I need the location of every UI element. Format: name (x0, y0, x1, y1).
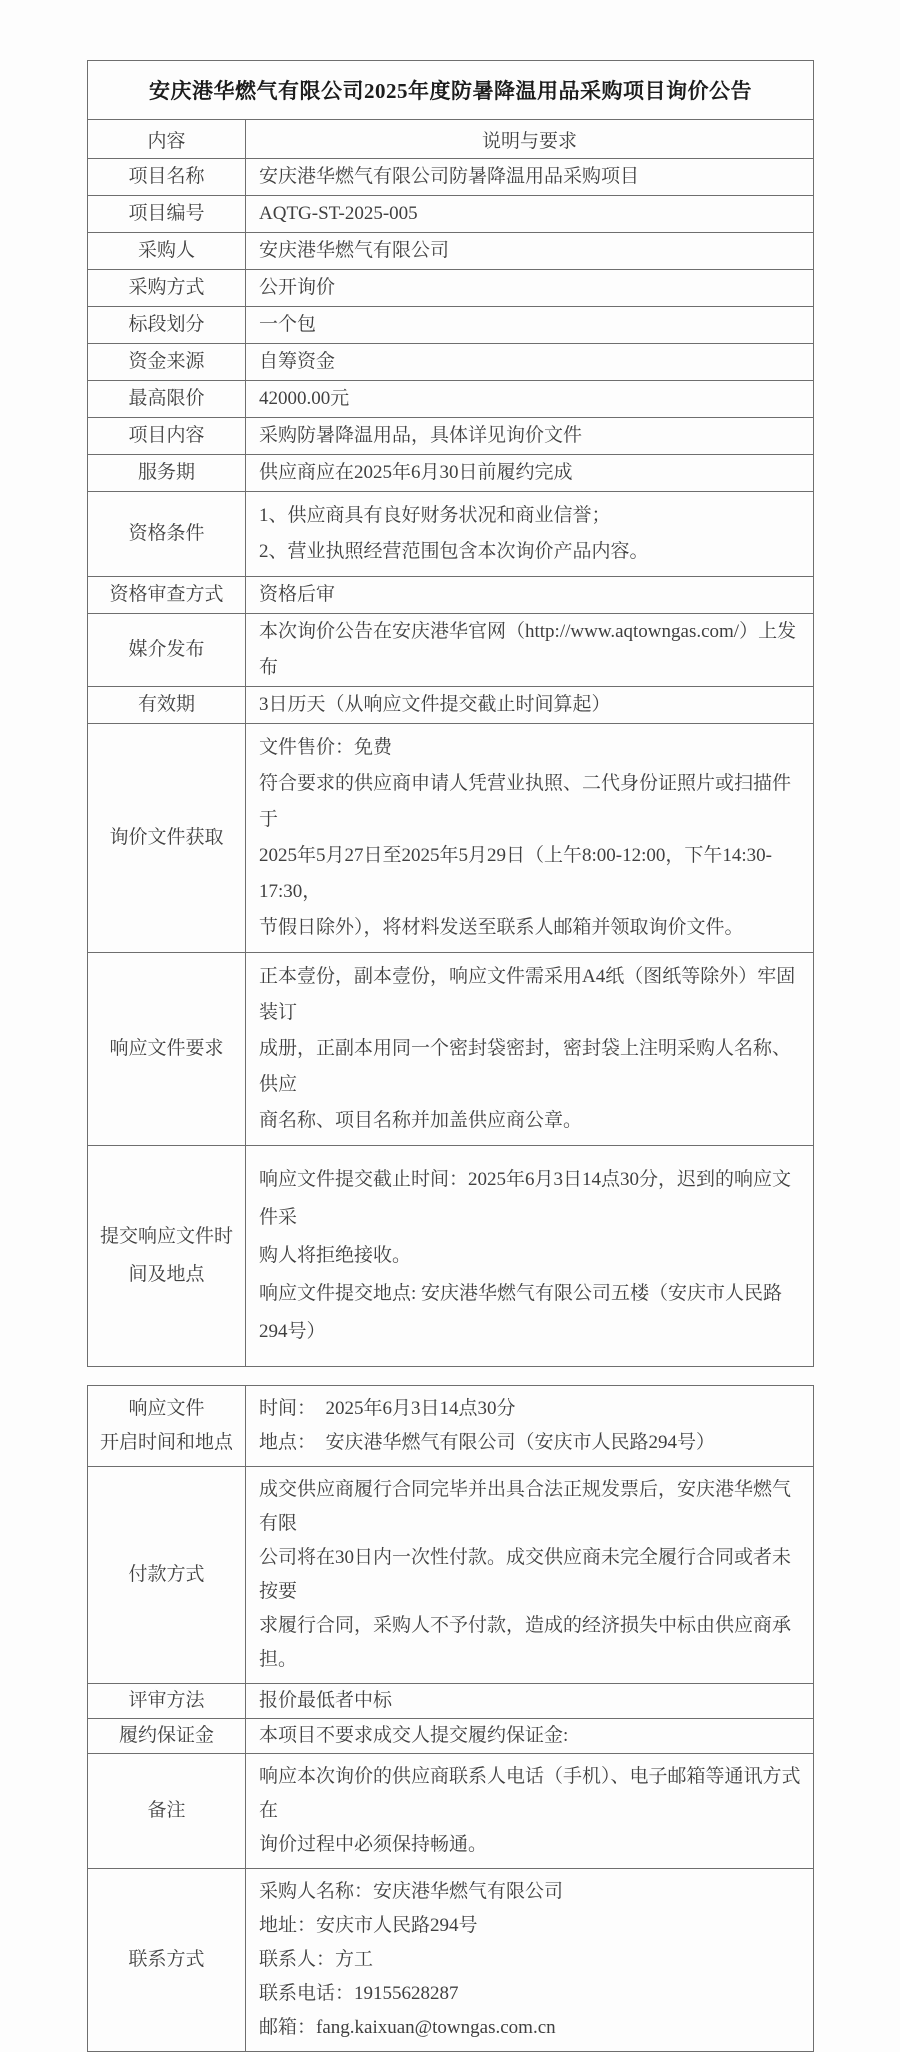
label-line: 询价文件获取 (90, 820, 243, 856)
table-row: 资格条件1、供应商具有良好财务状况和商业信誉；2、营业执照经营范围包含本次询价产… (88, 492, 814, 577)
label-line: 开启时间和地点 (90, 1426, 243, 1460)
label-line: 资格条件 (90, 516, 243, 552)
value-line: 正本壹份，副本壹份，响应文件需采用A4纸（图纸等除外）牢固装订 (259, 959, 805, 1031)
row-value: 正本壹份，副本壹份，响应文件需采用A4纸（图纸等除外）牢固装订成册，正副本用同一… (246, 953, 814, 1146)
row-label: 项目名称 (88, 159, 246, 196)
row-label: 资格审查方式 (88, 577, 246, 614)
row-label: 响应文件要求 (88, 953, 246, 1146)
value-line: 成册，正副本用同一个密封袋密封，密封袋上注明采购人名称、供应 (259, 1031, 805, 1103)
value-line: 一个包 (259, 307, 805, 343)
value-line: 响应文件提交地点: 安庆港华燃气有限公司五楼（安庆市人民路294号） (259, 1275, 805, 1351)
value-line: 安庆港华燃气有限公司防暑降温用品采购项目 (259, 159, 805, 195)
row-value: 42000.00元 (246, 381, 814, 418)
row-label: 服务期 (88, 455, 246, 492)
page-title: 安庆港华燃气有限公司2025年度防暑降温用品采购项目询价公告 (88, 61, 814, 120)
label-line: 联系方式 (90, 1943, 243, 1977)
value-line: 文件售价：免费 (259, 730, 805, 766)
value-line: 2025年5月27日至2025年5月29日（上午8:00-12:00，下午14:… (259, 838, 805, 910)
label-line: 响应文件 (90, 1392, 243, 1426)
row-value: 成交供应商履行合同完毕并出具合法正规发票后，安庆港华燃气有限公司将在30日内一次… (246, 1467, 814, 1684)
value-line: 报价最低者中标 (259, 1684, 805, 1718)
value-line: 42000.00元 (259, 381, 805, 417)
table-row: 最高限价42000.00元 (88, 381, 814, 418)
label-line: 履约保证金 (90, 1719, 243, 1753)
value-line: 成交供应商履行合同完毕并出具合法正规发票后，安庆港华燃气有限 (259, 1473, 805, 1541)
label-line: 间及地点 (90, 1256, 243, 1294)
row-label: 最高限价 (88, 381, 246, 418)
value-line: 时间： 2025年6月3日14点30分 (259, 1392, 805, 1426)
value-line: 采购人名称：安庆港华燃气有限公司 (259, 1875, 805, 1909)
row-value: 1、供应商具有良好财务状况和商业信誉；2、营业执照经营范围包含本次询价产品内容。 (246, 492, 814, 577)
value-line: 节假日除外），将材料发送至联系人邮箱并领取询价文件。 (259, 910, 805, 946)
table-row: 项目名称安庆港华燃气有限公司防暑降温用品采购项目 (88, 159, 814, 196)
label-line: 付款方式 (90, 1558, 243, 1592)
row-value: 安庆港华燃气有限公司防暑降温用品采购项目 (246, 159, 814, 196)
announcement-secondary-table: 响应文件开启时间和地点时间： 2025年6月3日14点30分地点： 安庆港华燃气… (87, 1385, 814, 2052)
value-line: 本次询价公告在安庆港华官网（http://www.aqtowngas.com/）… (259, 614, 805, 686)
value-line: 地址：安庆市人民路294号 (259, 1909, 805, 1943)
table-row: 采购人安庆港华燃气有限公司 (88, 233, 814, 270)
value-line: 联系人：方工 (259, 1943, 805, 1977)
row-value: 供应商应在2025年6月30日前履约完成 (246, 455, 814, 492)
value-line: 公司将在30日内一次性付款。成交供应商未完全履行合同或者未按要 (259, 1541, 805, 1609)
row-label: 评审方法 (88, 1684, 246, 1719)
column-header-row: 内容说明与要求 (88, 120, 814, 159)
label-line: 项目名称 (90, 159, 243, 195)
document-background: { "colors": { "page_background": "#fdfdf… (0, 0, 900, 1668)
value-line: 资格后审 (259, 577, 805, 613)
value-line: 商名称、项目名称并加盖供应商公章。 (259, 1103, 805, 1139)
document-page: 安庆港华燃气有限公司2025年度防暑降温用品采购项目询价公告内容说明与要求项目名… (0, 0, 900, 2052)
table-row: 联系方式采购人名称：安庆港华燃气有限公司地址：安庆市人民路294号联系人：方工联… (88, 1869, 814, 2052)
table-row: 评审方法报价最低者中标 (88, 1684, 814, 1719)
row-label: 付款方式 (88, 1467, 246, 1684)
value-line: 符合要求的供应商申请人凭营业执照、二代身份证照片或扫描件于 (259, 766, 805, 838)
value-line: 2、营业执照经营范围包含本次询价产品内容。 (259, 534, 805, 570)
row-value: 本项目不要求成交人提交履约保证金: (246, 1719, 814, 1754)
label-line: 评审方法 (90, 1684, 243, 1718)
value-line: 求履行合同，采购人不予付款，造成的经济损失中标由供应商承担。 (259, 1609, 805, 1677)
value-line: 购人将拒绝接收。 (259, 1237, 805, 1275)
label-line: 备注 (90, 1794, 243, 1828)
table-row: 项目编号AQTG-ST-2025-005 (88, 196, 814, 233)
row-label: 资格条件 (88, 492, 246, 577)
title-row: 安庆港华燃气有限公司2025年度防暑降温用品采购项目询价公告 (88, 61, 814, 120)
table-row: 服务期供应商应在2025年6月30日前履约完成 (88, 455, 814, 492)
value-line: 采购防暑降温用品，具体详见询价文件 (259, 418, 805, 454)
table-row: 付款方式成交供应商履行合同完毕并出具合法正规发票后，安庆港华燃气有限公司将在30… (88, 1467, 814, 1684)
value-line: 响应文件提交截止时间：2025年6月3日14点30分，迟到的响应文件采 (259, 1161, 805, 1237)
table-row: 标段划分一个包 (88, 307, 814, 344)
announcement-main-table: 安庆港华燃气有限公司2025年度防暑降温用品采购项目询价公告内容说明与要求项目名… (87, 60, 814, 1367)
table-row: 采购方式公开询价 (88, 270, 814, 307)
table-row: 资金来源自筹资金 (88, 344, 814, 381)
value-line: 自筹资金 (259, 344, 805, 380)
row-value: 一个包 (246, 307, 814, 344)
row-label: 提交响应文件时间及地点 (88, 1146, 246, 1367)
label-line: 有效期 (90, 687, 243, 723)
column-header-content: 内容 (88, 120, 246, 159)
label-line: 项目内容 (90, 418, 243, 454)
row-label: 履约保证金 (88, 1719, 246, 1754)
row-label: 联系方式 (88, 1869, 246, 2052)
value-line: 联系电话：19155628287 (259, 1977, 805, 2011)
table-row: 提交响应文件时间及地点响应文件提交截止时间：2025年6月3日14点30分，迟到… (88, 1146, 814, 1367)
label-line: 响应文件要求 (90, 1031, 243, 1067)
label-line: 资格审查方式 (90, 577, 243, 613)
row-value: 公开询价 (246, 270, 814, 307)
row-label: 标段划分 (88, 307, 246, 344)
table-row: 资格审查方式资格后审 (88, 577, 814, 614)
label-line: 最高限价 (90, 381, 243, 417)
row-value: 3日历天（从响应文件提交截止时间算起） (246, 687, 814, 724)
row-label: 采购方式 (88, 270, 246, 307)
value-line: 响应本次询价的供应商联系人电话（手机）、电子邮箱等通讯方式在 (259, 1760, 805, 1828)
row-value: 采购人名称：安庆港华燃气有限公司地址：安庆市人民路294号联系人：方工联系电话：… (246, 1869, 814, 2052)
table-row: 媒介发布本次询价公告在安庆港华官网（http://www.aqtowngas.c… (88, 614, 814, 687)
label-line: 标段划分 (90, 307, 243, 343)
table-row: 备注响应本次询价的供应商联系人电话（手机）、电子邮箱等通讯方式在询价过程中必须保… (88, 1754, 814, 1869)
row-label: 响应文件开启时间和地点 (88, 1386, 246, 1467)
row-label: 备注 (88, 1754, 246, 1869)
row-value: 安庆港华燃气有限公司 (246, 233, 814, 270)
row-value: 本次询价公告在安庆港华官网（http://www.aqtowngas.com/）… (246, 614, 814, 687)
row-value: 报价最低者中标 (246, 1684, 814, 1719)
value-line: 安庆港华燃气有限公司 (259, 233, 805, 269)
table-row: 响应文件开启时间和地点时间： 2025年6月3日14点30分地点： 安庆港华燃气… (88, 1386, 814, 1467)
label-line: 媒介发布 (90, 632, 243, 668)
value-line: 地点： 安庆港华燃气有限公司（安庆市人民路294号） (259, 1426, 805, 1460)
value-line: 询价过程中必须保持畅通。 (259, 1828, 805, 1862)
label-line: 采购人 (90, 233, 243, 269)
value-line: 供应商应在2025年6月30日前履约完成 (259, 455, 805, 491)
label-line: 提交响应文件时 (90, 1218, 243, 1256)
row-value: 自筹资金 (246, 344, 814, 381)
row-value: 响应本次询价的供应商联系人电话（手机）、电子邮箱等通讯方式在询价过程中必须保持畅… (246, 1754, 814, 1869)
label-line: 项目编号 (90, 196, 243, 232)
value-line: 公开询价 (259, 270, 805, 306)
row-value: 时间： 2025年6月3日14点30分地点： 安庆港华燃气有限公司（安庆市人民路… (246, 1386, 814, 1467)
value-line: 3日历天（从响应文件提交截止时间算起） (259, 687, 805, 723)
value-line: 邮箱：fang.kaixuan@towngas.com.cn (259, 2011, 805, 2045)
table-row: 履约保证金本项目不要求成交人提交履约保证金: (88, 1719, 814, 1754)
row-label: 询价文件获取 (88, 724, 246, 953)
row-label: 项目编号 (88, 196, 246, 233)
table-row: 响应文件要求正本壹份，副本壹份，响应文件需采用A4纸（图纸等除外）牢固装订成册，… (88, 953, 814, 1146)
row-value: 响应文件提交截止时间：2025年6月3日14点30分，迟到的响应文件采购人将拒绝… (246, 1146, 814, 1367)
row-value: 文件售价：免费符合要求的供应商申请人凭营业执照、二代身份证照片或扫描件于2025… (246, 724, 814, 953)
row-label: 采购人 (88, 233, 246, 270)
label-line: 采购方式 (90, 270, 243, 306)
label-line: 资金来源 (90, 344, 243, 380)
row-value: 采购防暑降温用品，具体详见询价文件 (246, 418, 814, 455)
row-label: 项目内容 (88, 418, 246, 455)
table-row: 有效期3日历天（从响应文件提交截止时间算起） (88, 687, 814, 724)
value-line: AQTG-ST-2025-005 (259, 196, 805, 232)
value-line: 本项目不要求成交人提交履约保证金: (259, 1719, 805, 1753)
table-row: 项目内容采购防暑降温用品，具体详见询价文件 (88, 418, 814, 455)
row-label: 资金来源 (88, 344, 246, 381)
row-label: 媒介发布 (88, 614, 246, 687)
label-line: 服务期 (90, 455, 243, 491)
row-value: AQTG-ST-2025-005 (246, 196, 814, 233)
table-row: 询价文件获取文件售价：免费符合要求的供应商申请人凭营业执照、二代身份证照片或扫描… (88, 724, 814, 953)
value-line: 1、供应商具有良好财务状况和商业信誉； (259, 498, 805, 534)
row-value: 资格后审 (246, 577, 814, 614)
row-label: 有效期 (88, 687, 246, 724)
column-header-description: 说明与要求 (246, 120, 814, 159)
